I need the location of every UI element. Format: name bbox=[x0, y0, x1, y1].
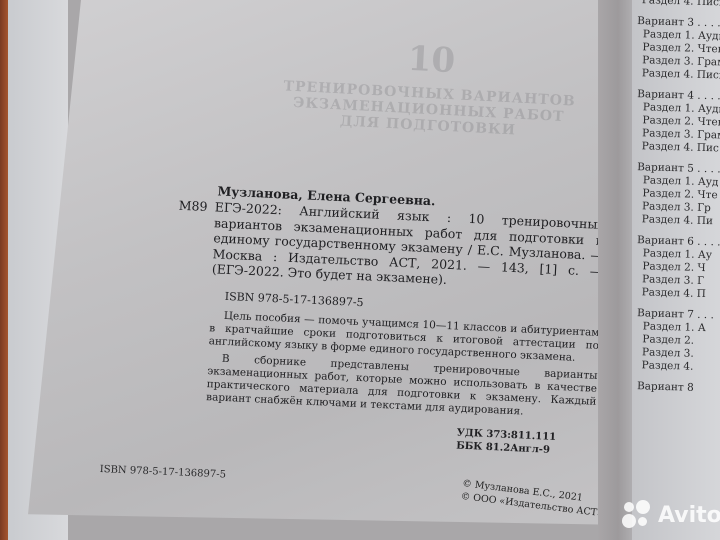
avito-label: Avito bbox=[658, 503, 720, 528]
toc-group: Вариант 3 . . . . . . .Раздел 1. АудирРа… bbox=[634, 15, 720, 84]
toc-variant: Вариант 8 bbox=[637, 380, 720, 397]
toc-group: Вариант 5 . . . . . .Раздел 1. АудРаздел… bbox=[632, 161, 720, 230]
avito-watermark: Avito bbox=[638, 500, 720, 530]
table-of-contents-page: Раздел 4. ПисьмВариант 3 . . . . . . .Ра… bbox=[632, 0, 720, 540]
avito-logo-icon bbox=[622, 500, 656, 530]
table-of-contents: Раздел 4. ПисьмВариант 3 . . . . . . .Ра… bbox=[632, 0, 720, 405]
book-description: Цель пособия — помочь учащимся 10—11 кла… bbox=[206, 309, 600, 426]
toc-group: Вариант 8 bbox=[632, 380, 720, 397]
toc-section: Раздел 4. П bbox=[635, 286, 720, 303]
toc-section: Раздел 4. Письм bbox=[636, 0, 720, 11]
toc-section: Раздел 4. Пи bbox=[636, 213, 720, 230]
toc-group: Раздел 4. Письм bbox=[636, 0, 720, 11]
book-cover-edge bbox=[0, 0, 8, 540]
toc-section: Раздел 4. bbox=[635, 359, 720, 376]
toc-group: Вариант 6 . . . . .Раздел 1. АуРаздел 2.… bbox=[632, 234, 720, 303]
classification-codes: УДК 373:811.111 ББК 81.2Англ-9 bbox=[456, 427, 556, 457]
toc-group: Вариант 7 . . .Раздел 1. АРаздел 2.Разде… bbox=[632, 307, 720, 376]
catalog-code: М89 bbox=[179, 198, 208, 214]
toc-section: Раздел 4. Пис bbox=[636, 140, 720, 157]
toc-group: Вариант 4 . . . . . . .Раздел 1. АудиРаз… bbox=[632, 88, 720, 157]
toc-section: Раздел 4. Пись bbox=[636, 67, 720, 84]
